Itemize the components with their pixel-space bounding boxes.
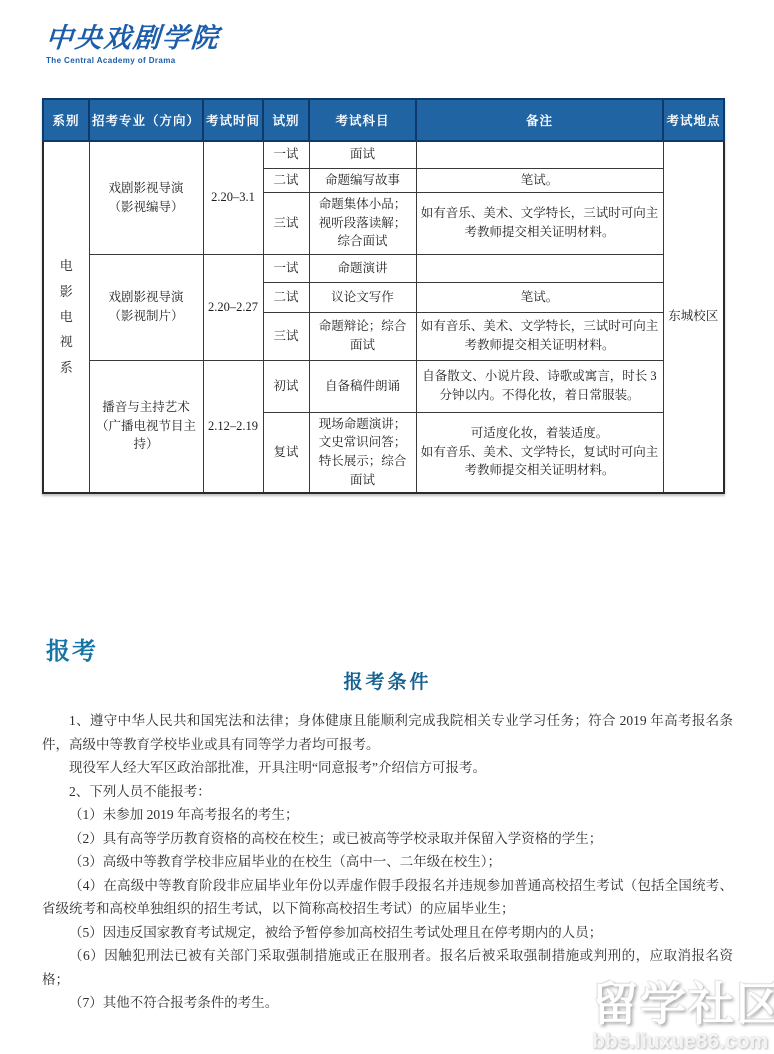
table-row: 戏剧影视导演 （影视制片） 2.20–2.27 一试 命题演讲 (43, 254, 724, 282)
department-vertical-text: 电影电视系 (59, 253, 74, 380)
subject-cell: 面试 (309, 141, 416, 168)
remark-cell (416, 254, 663, 282)
school-logo-subtitle: The Central Academy of Drama (46, 56, 220, 65)
table-row: 电影电视系 戏剧影视导演 （影视编导） 2.20–3.1 一试 面试 东城校区 (43, 141, 724, 168)
paragraph: （3）高级中等教育学校非应届毕业的在校生（高中一、二年级在校生）； (42, 850, 733, 874)
time-cell: 2.20–3.1 (203, 141, 263, 254)
major-cell: 戏剧影视导演 （影视编导） (89, 141, 203, 254)
header-subject: 考试科目 (309, 99, 416, 141)
paragraph: （2）具有高等学历教育资格的高校在校生；或已被高等学校录取并保留入学资格的学生； (42, 827, 733, 851)
round-cell: 一试 (263, 254, 309, 282)
subsection-title-conditions: 报考条件 (42, 667, 733, 694)
section-heading-apply: 报考 (46, 631, 98, 666)
watermark-url: bbs.liuxue86.com (592, 1030, 774, 1054)
subject-cell: 议论文写作 (309, 282, 416, 312)
major-cell: 戏剧影视导演 （影视制片） (89, 254, 203, 360)
remark-cell: 可适度化妆，着装适度。 如有音乐、美术、文学特长，复试时可向主考教师提交相关证明… (416, 412, 663, 493)
paragraph: （7）其他不符合报考条件的考生。 (42, 991, 733, 1015)
round-cell: 二试 (263, 282, 309, 312)
subject-cell: 现场命题演讲； 文史常识问答； 特长展示；综合 面试 (309, 412, 416, 493)
subject-cell: 命题编写故事 (309, 168, 416, 192)
header-remark: 备注 (416, 99, 663, 141)
remark-cell: 笔试。 (416, 168, 663, 192)
time-cell: 2.12–2.19 (203, 360, 263, 493)
document-page: 中央戏剧学院 The Central Academy of Drama 系别 招… (0, 0, 774, 1054)
header-major: 招考专业（方向） (89, 99, 203, 141)
paragraph: （4）在高级中等教育阶段非应届毕业年份以弄虚作假手段报名并违规参加普通高校招生考… (42, 874, 733, 921)
header-department: 系别 (43, 99, 89, 141)
remark-cell: 笔试。 (416, 282, 663, 312)
location-cell: 东城校区 (663, 141, 724, 493)
paragraph: 2、下列人员不能报考： (42, 780, 733, 804)
remark-cell: 如有音乐、美术、文学特长，三试时可向主考教师提交相关证明材料。 (416, 312, 663, 360)
paragraph: （1）未参加 2019 年高考报名的考生； (42, 803, 733, 827)
remark-cell (416, 141, 663, 168)
header-round: 试别 (263, 99, 309, 141)
round-cell: 一试 (263, 141, 309, 168)
header-location: 考试地点 (663, 99, 724, 141)
exam-schedule-table: 系别 招考专业（方向） 考试时间 试别 考试科目 备注 考试地点 电影电视系 戏… (42, 98, 725, 494)
paragraph: （5）因违反国家教育考试规定，被给予暂停参加高校招生考试处理且在停考期内的人员； (42, 921, 733, 945)
table-row: 播音与主持艺术 （广播电视节目主持） 2.12–2.19 初试 自备稿件朗诵 自… (43, 360, 724, 412)
time-cell: 2.20–2.27 (203, 254, 263, 360)
paragraph: （6）因触犯刑法已被有关部门采取强制措施或正在服刑者。报名后被采取强制措施或判刑… (42, 944, 733, 991)
major-cell: 播音与主持艺术 （广播电视节目主持） (89, 360, 203, 493)
paragraph: 现役军人经大军区政治部批准，开具注明“同意报考”介绍信方可报考。 (42, 756, 733, 780)
subject-cell: 自备稿件朗诵 (309, 360, 416, 412)
header-time: 考试时间 (203, 99, 263, 141)
paragraph: 1、遵守中华人民共和国宪法和法律；身体健康且能顺利完成我院相关专业学习任务；符合… (42, 709, 733, 756)
subject-cell: 命题集体小品； 视听段落读解； 综合面试 (309, 192, 416, 254)
subject-cell: 命题演讲 (309, 254, 416, 282)
school-logo: 中央戏剧学院 The Central Academy of Drama (46, 16, 220, 65)
round-cell: 三试 (263, 312, 309, 360)
round-cell: 二试 (263, 168, 309, 192)
table-header-row: 系别 招考专业（方向） 考试时间 试别 考试科目 备注 考试地点 (43, 99, 724, 141)
remark-cell: 自备散文、小说片段、诗歌或寓言，时长 3 分钟以内。不得化妆，着日常服装。 (416, 360, 663, 412)
school-logo-calligraphy: 中央戏剧学院 (45, 16, 222, 55)
remark-cell: 如有音乐、美术、文学特长，三试时可向主考教师提交相关证明材料。 (416, 192, 663, 254)
department-cell: 电影电视系 (43, 141, 89, 493)
conditions-text-block: 1、遵守中华人民共和国宪法和法律；身体健康且能顺利完成我院相关专业学习任务；符合… (42, 709, 733, 1015)
round-cell: 复试 (263, 412, 309, 493)
round-cell: 三试 (263, 192, 309, 254)
subject-cell: 命题辩论；综合 面试 (309, 312, 416, 360)
round-cell: 初试 (263, 360, 309, 412)
